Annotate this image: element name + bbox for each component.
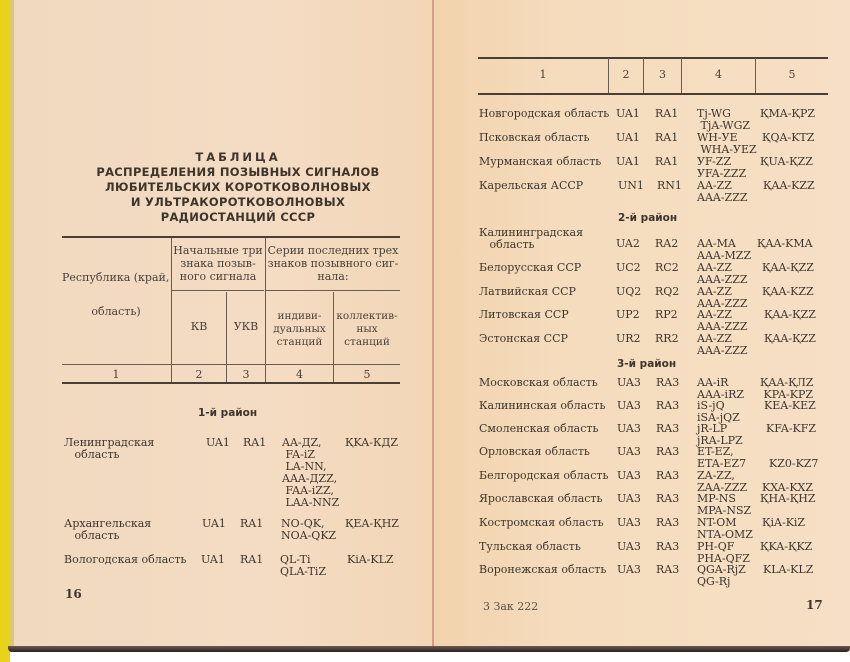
- kv-prefix: UA3: [617, 470, 641, 482]
- region-name: Смоленская область: [479, 423, 598, 435]
- individual-series: УF-ZZ УFA-ZZZ: [697, 156, 746, 180]
- region-name: Архангельская область: [64, 518, 151, 542]
- collective-series: ҚAA-ҚZZ: [762, 262, 814, 274]
- ukv-prefix: RA3: [656, 541, 679, 553]
- individual-series: AA-ДZ, FA-iZ LA-NN, AAA-ДZZ, FAA-iZZ, LA…: [282, 437, 339, 509]
- region-name: Латвийская ССР: [479, 286, 576, 298]
- collective-series: KXA-KXZ: [762, 470, 813, 494]
- open-book: ТАБЛИЦА РАСПРЕДЕЛЕНИЯ ПОЗЫВНЫХ СИГНАЛОВ …: [0, 0, 850, 652]
- ukv-prefix: RA3: [656, 517, 679, 529]
- kv-prefix: UR2: [616, 333, 641, 345]
- region-name: Калининградская область: [479, 227, 583, 251]
- col-group-initial-chars: Начальные три знака позыв- ного сигнала: [172, 244, 264, 283]
- kv-prefix: UA3: [617, 541, 641, 553]
- region-name: Ленинградская область: [64, 437, 154, 461]
- page-number-left: 16: [65, 587, 82, 601]
- kv-prefix: UP2: [616, 309, 640, 321]
- table-title: ТАБЛИЦА РАСПРЕДЕЛЕНИЯ ПОЗЫВНЫХ СИГНАЛОВ …: [60, 150, 416, 225]
- collective-series: KEA-KEZ: [764, 400, 816, 412]
- ukv-prefix: RA1: [655, 108, 678, 120]
- collective-series: ҚKA-КДZ: [345, 437, 398, 449]
- kv-prefix: UA1: [616, 108, 640, 120]
- region-name: Ярославская область: [479, 493, 603, 505]
- ukv-prefix: RA3: [656, 564, 679, 576]
- region-name: Эстонская ССР: [479, 333, 568, 345]
- region-name: Калининская область: [479, 400, 605, 412]
- col-number: 4: [682, 68, 755, 81]
- col-number: 5: [756, 68, 828, 81]
- header-bottom-rule: [478, 93, 828, 95]
- individual-series: NT-OM NTA-OMZ: [697, 517, 753, 541]
- kv-prefix: UN1: [618, 180, 644, 192]
- col-number: 4: [266, 368, 333, 381]
- district-heading: 3-й район: [617, 358, 676, 370]
- title-line: ЛЮБИТЕЛЬСКИХ КОРОТКОВОЛНОВЫХ: [60, 180, 416, 195]
- subheader-rule: [172, 290, 264, 291]
- col-number: 3: [227, 368, 265, 381]
- kv-prefix: UQ2: [616, 286, 641, 298]
- collective-series: ҚUA-ҚZZ: [760, 156, 813, 168]
- col-number: 5: [334, 368, 400, 381]
- collective-series: KFA-KFZ: [766, 423, 816, 435]
- table-top-rule: [478, 57, 828, 59]
- collective-series: KZ0-KZ7: [769, 446, 818, 470]
- individual-series: NO-QK, NOA-QKZ: [281, 518, 336, 542]
- col-ukv: УКВ: [227, 320, 265, 333]
- collective-series: ҚHA-ҚHZ: [760, 493, 816, 505]
- header-bottom-rule: [62, 364, 400, 365]
- ukv-prefix: RA3: [656, 377, 679, 389]
- ukv-prefix: RA1: [240, 518, 263, 530]
- collective-series: ҚAA-KMA: [757, 238, 813, 250]
- individual-series: AA-MA AAA-MZZ: [697, 238, 751, 262]
- kv-prefix: UA3: [617, 564, 641, 576]
- col-number: 1: [478, 68, 608, 81]
- ukv-prefix: RA1: [655, 156, 678, 168]
- individual-series: AA-ZZ AAA-ZZZ: [697, 333, 747, 357]
- kv-prefix: UA3: [617, 446, 641, 458]
- individual-series: AA-ZZ AAA-ZZZ: [697, 309, 747, 333]
- ukv-prefix: RA3: [656, 400, 679, 412]
- col-group-series: Серии последних трех знаков позывного си…: [266, 244, 400, 283]
- ukv-prefix: RA1: [243, 437, 266, 449]
- region-name: Тульская область: [479, 541, 581, 553]
- ukv-prefix: RC2: [655, 262, 679, 274]
- individual-series: AA-ZZ AAA-ZZZ: [697, 286, 747, 310]
- kv-prefix: UC2: [616, 262, 641, 274]
- region-name: Литовская ССР: [479, 309, 569, 321]
- ukv-prefix: RQ2: [655, 286, 679, 298]
- ukv-prefix: RR2: [655, 333, 679, 345]
- kv-prefix: UA1: [201, 554, 225, 566]
- region-name: Карельская АССР: [479, 180, 583, 192]
- col-kv: КВ: [172, 320, 226, 333]
- ukv-prefix: RP2: [655, 309, 678, 321]
- individual-series: AA-iR AAA-iRZ: [697, 377, 744, 401]
- ukv-prefix: RN1: [657, 180, 682, 192]
- kv-prefix: UA1: [202, 518, 226, 530]
- kv-prefix: UA3: [617, 377, 641, 389]
- individual-series: AA-ZZ AAA-ZZZ: [697, 262, 747, 286]
- ukv-prefix: RA2: [655, 238, 678, 250]
- col-collective: коллектив- ных станций: [334, 310, 400, 349]
- collective-series: ҚAA-ҚЛZ KPA-KPZ: [760, 377, 813, 401]
- region-name: Мурманская область: [479, 156, 601, 168]
- region-name: Орловская область: [479, 446, 590, 458]
- individual-series: QL-Ti QLA-TiZ: [280, 554, 326, 578]
- col-region-label-1: Республика (край,: [62, 271, 170, 284]
- individual-series: WH-УE WHA-УEZ: [697, 132, 757, 156]
- kv-prefix: UA3: [617, 517, 641, 529]
- collective-series: ҚiA-KiZ: [762, 517, 805, 529]
- region-name: Воронежская область: [479, 564, 606, 576]
- ukv-prefix: RA3: [656, 423, 679, 435]
- ukv-prefix: RA1: [655, 132, 678, 144]
- collective-series: ҚAA-ҚZZ: [764, 333, 816, 345]
- collective-series: ҚEA-ҚHZ: [345, 518, 399, 530]
- individual-series: QGA-RjZ QG-Rj: [697, 564, 746, 588]
- title-line: ТАБЛИЦА: [60, 150, 416, 165]
- collective-series: ҚAA-KZZ: [763, 180, 815, 192]
- individual-series: ET-EZ, ETA-EZ7: [697, 446, 746, 470]
- individual-series: ZA-ZZ, ZAA-ZZZ: [697, 470, 747, 494]
- col-number: 3: [644, 68, 681, 81]
- book-edge: [0, 0, 10, 662]
- col-number: 2: [172, 368, 226, 381]
- col-region-label-2: область): [62, 305, 170, 318]
- region-name: Белорусская ССР: [479, 262, 581, 274]
- collective-series: ҚQA-KTZ: [762, 132, 814, 144]
- district-heading: 1-й район: [198, 407, 257, 419]
- collective-series: ҚAA-ҚZZ: [764, 309, 816, 321]
- region-name: Новгородская область: [479, 108, 609, 120]
- title-line: И УЛЬТРАКОРОТКОВОЛНОВЫХ: [60, 195, 416, 210]
- kv-prefix: UA2: [616, 238, 640, 250]
- collective-series: ҚKA-ҚKZ: [760, 541, 812, 553]
- table-top-rule: [62, 236, 400, 238]
- title-line: РАДИОСТАНЦИЙ СССР: [60, 210, 416, 225]
- individual-series: AA-ZZ AAA-ZZZ: [697, 180, 747, 204]
- col-number: 1: [62, 368, 170, 381]
- kv-prefix: UA1: [616, 156, 640, 168]
- individual-series: Tj-WG TjA-WGZ: [697, 108, 750, 132]
- region-name: Белгородская область: [479, 470, 608, 482]
- individual-series: PH-QF PHA-QFZ: [697, 541, 750, 565]
- kv-prefix: UA1: [206, 437, 230, 449]
- individual-series: iS-jQ iSA-jQZ: [697, 400, 740, 424]
- collective-series: ҚAA-KZZ: [762, 286, 814, 298]
- col-individual: индиви- дуальных станций: [266, 310, 333, 349]
- ukv-prefix: RA3: [656, 446, 679, 458]
- kv-prefix: UA3: [617, 493, 641, 505]
- book-spine: [432, 0, 434, 650]
- kv-prefix: UA1: [616, 132, 640, 144]
- district-heading: 2-й район: [618, 212, 677, 224]
- individual-series: jR-LP jRA-LPZ: [697, 423, 743, 447]
- numbers-bottom-rule: [62, 382, 400, 384]
- collective-series: ҚMA-ҚPZ: [760, 108, 815, 120]
- book-bottom-edge: [8, 646, 850, 652]
- region-name: Костромская область: [479, 517, 604, 529]
- region-name: Псковская область: [479, 132, 590, 144]
- collective-series: KLA-KLZ: [763, 564, 813, 576]
- ukv-prefix: RA3: [656, 470, 679, 482]
- ukv-prefix: RA1: [240, 554, 263, 566]
- region-name: Московская область: [479, 377, 598, 389]
- subheader-rule: [266, 290, 400, 291]
- page-number-right: 17: [806, 598, 823, 612]
- individual-series: MP-NS MPA-NSZ: [697, 493, 751, 517]
- title-line: РАСПРЕДЕЛЕНИЯ ПОЗЫВНЫХ СИГНАЛОВ: [60, 165, 416, 180]
- kv-prefix: UA3: [617, 400, 641, 412]
- col-number: 2: [609, 68, 643, 81]
- ukv-prefix: RA3: [656, 493, 679, 505]
- kv-prefix: UA3: [617, 423, 641, 435]
- region-name: Вологодская область: [64, 554, 187, 566]
- collective-series: KiA-KLZ: [347, 554, 394, 566]
- print-order-note: 3 Зак 222: [483, 600, 538, 613]
